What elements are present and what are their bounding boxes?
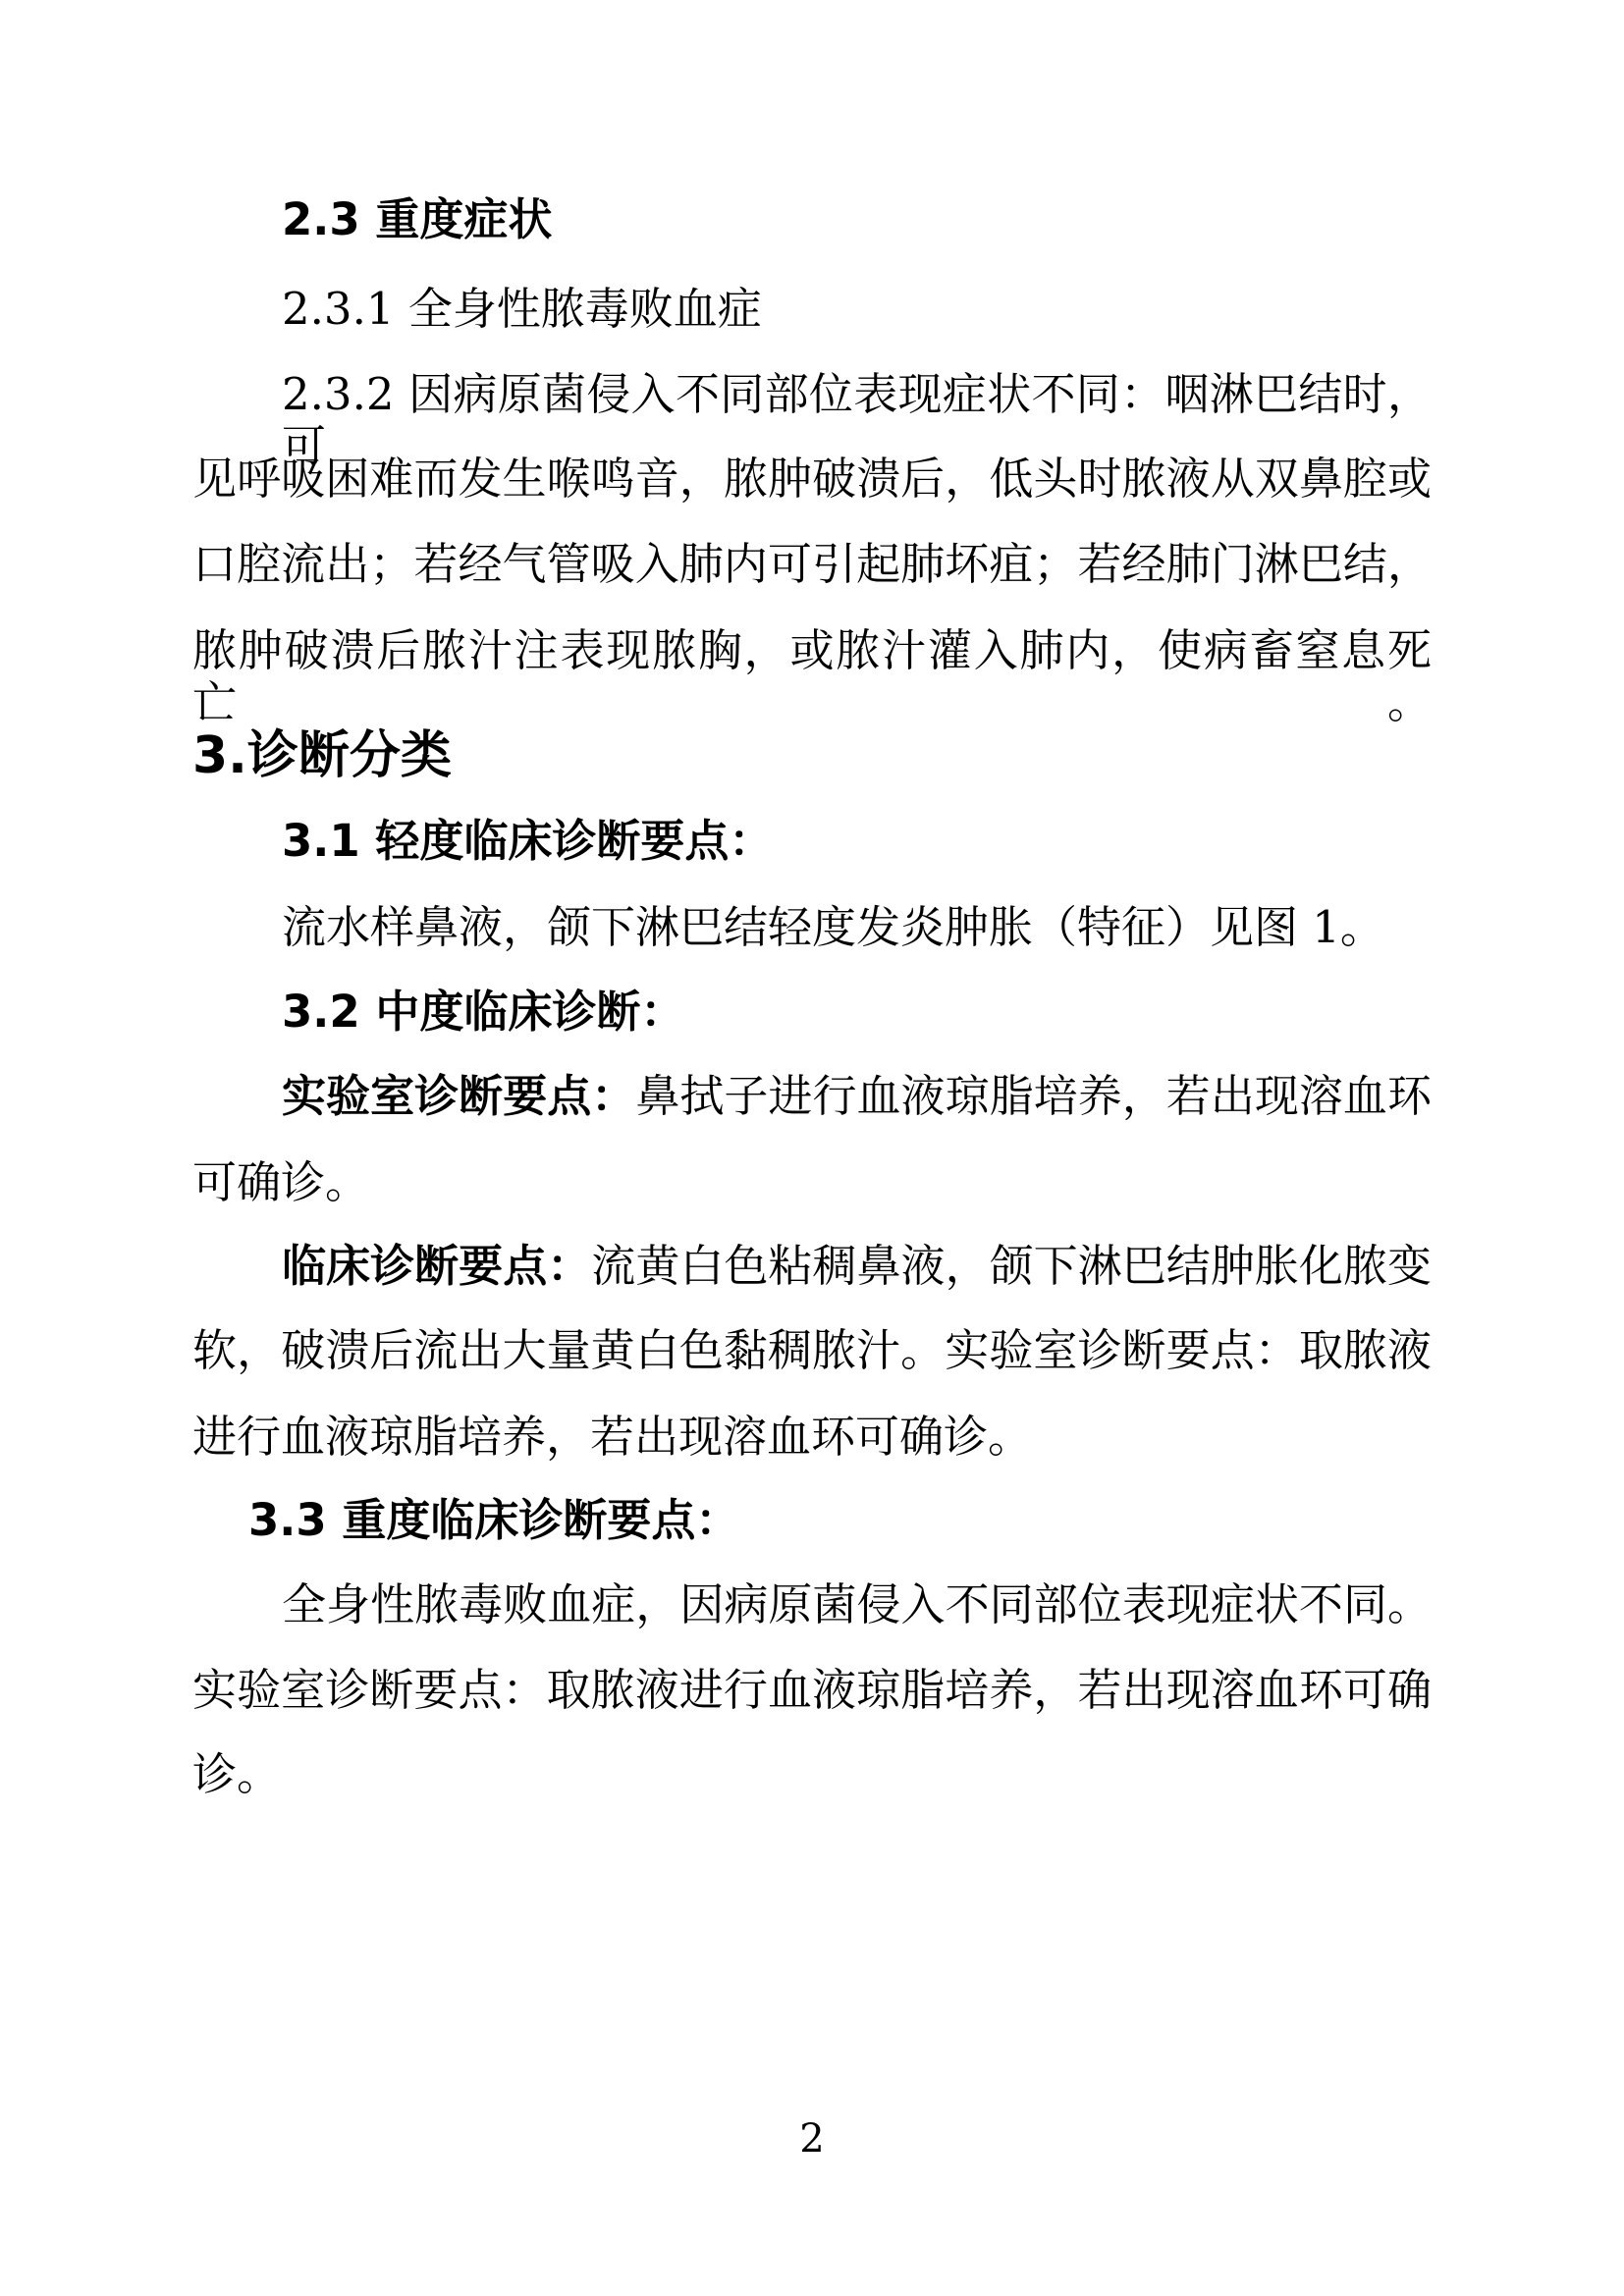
para-3-2-lab-line1: 实验室诊断要点：鼻拭子进行血液琼脂培养，若出现溶血环 (192, 1070, 1432, 1122)
para-2-3-2-line3: 口腔流出；若经气管吸入肺内可引起肺坏疽；若经肺门淋巴结， (192, 538, 1432, 590)
heading-3-2: 3.2 中度临床诊断： (192, 986, 1432, 1038)
para-3-3-line2: 实验室诊断要点：取脓液进行血液琼脂培养，若出现溶血环可确 (192, 1664, 1432, 1716)
para-3-2-clinic-line1: 临床诊断要点：流黄白色粘稠鼻液，颌下淋巴结肿胀化脓变 (192, 1240, 1432, 1292)
para-3-3-line3: 诊。 (192, 1748, 1432, 1800)
para-2-3-2-line4: 脓肿破溃后脓汁注表现脓胸，或脓汁灌入肺内，使病畜窒息死亡。 (192, 624, 1432, 728)
heading-3-3: 3.3 重度临床诊断要点： (192, 1494, 1432, 1546)
para-3-2-clinic-line3: 进行血液琼脂培养，若出现溶血环可确诊。 (192, 1411, 1432, 1463)
para-2-3-1: 2.3.1 全身性脓毒败血症 (192, 283, 1432, 335)
para-3-3-line1: 全身性脓毒败血症，因病原菌侵入不同部位表现症状不同。 (192, 1578, 1432, 1630)
text-body: 2.3 重度症状2.3.1 全身性脓毒败血症2.3.2 因病原菌侵入不同部位表现… (0, 0, 1624, 2296)
para-3-1-line1: 流水样鼻液，颌下淋巴结轻度发炎肿胀（特征）见图 1。 (192, 901, 1432, 953)
heading-3: 3.诊断分类 (192, 728, 1432, 784)
page-number: 2 (0, 2116, 1624, 2162)
heading-2-3: 2.3 重度症状 (192, 193, 1432, 245)
para-2-3-2-line2: 见呼吸困难而发生喉鸣音，脓肿破溃后，低头时脓液从双鼻腔或 (192, 453, 1432, 505)
document-page: 2.3 重度症状2.3.1 全身性脓毒败血症2.3.2 因病原菌侵入不同部位表现… (0, 0, 1624, 2296)
para-3-2-clinic-line2: 软，破溃后流出大量黄白色黏稠脓汁。实验室诊断要点：取脓液 (192, 1324, 1432, 1376)
heading-3-1: 3.1 轻度临床诊断要点： (192, 815, 1432, 867)
para-3-2-lab-line2: 可确诊。 (192, 1156, 1432, 1208)
